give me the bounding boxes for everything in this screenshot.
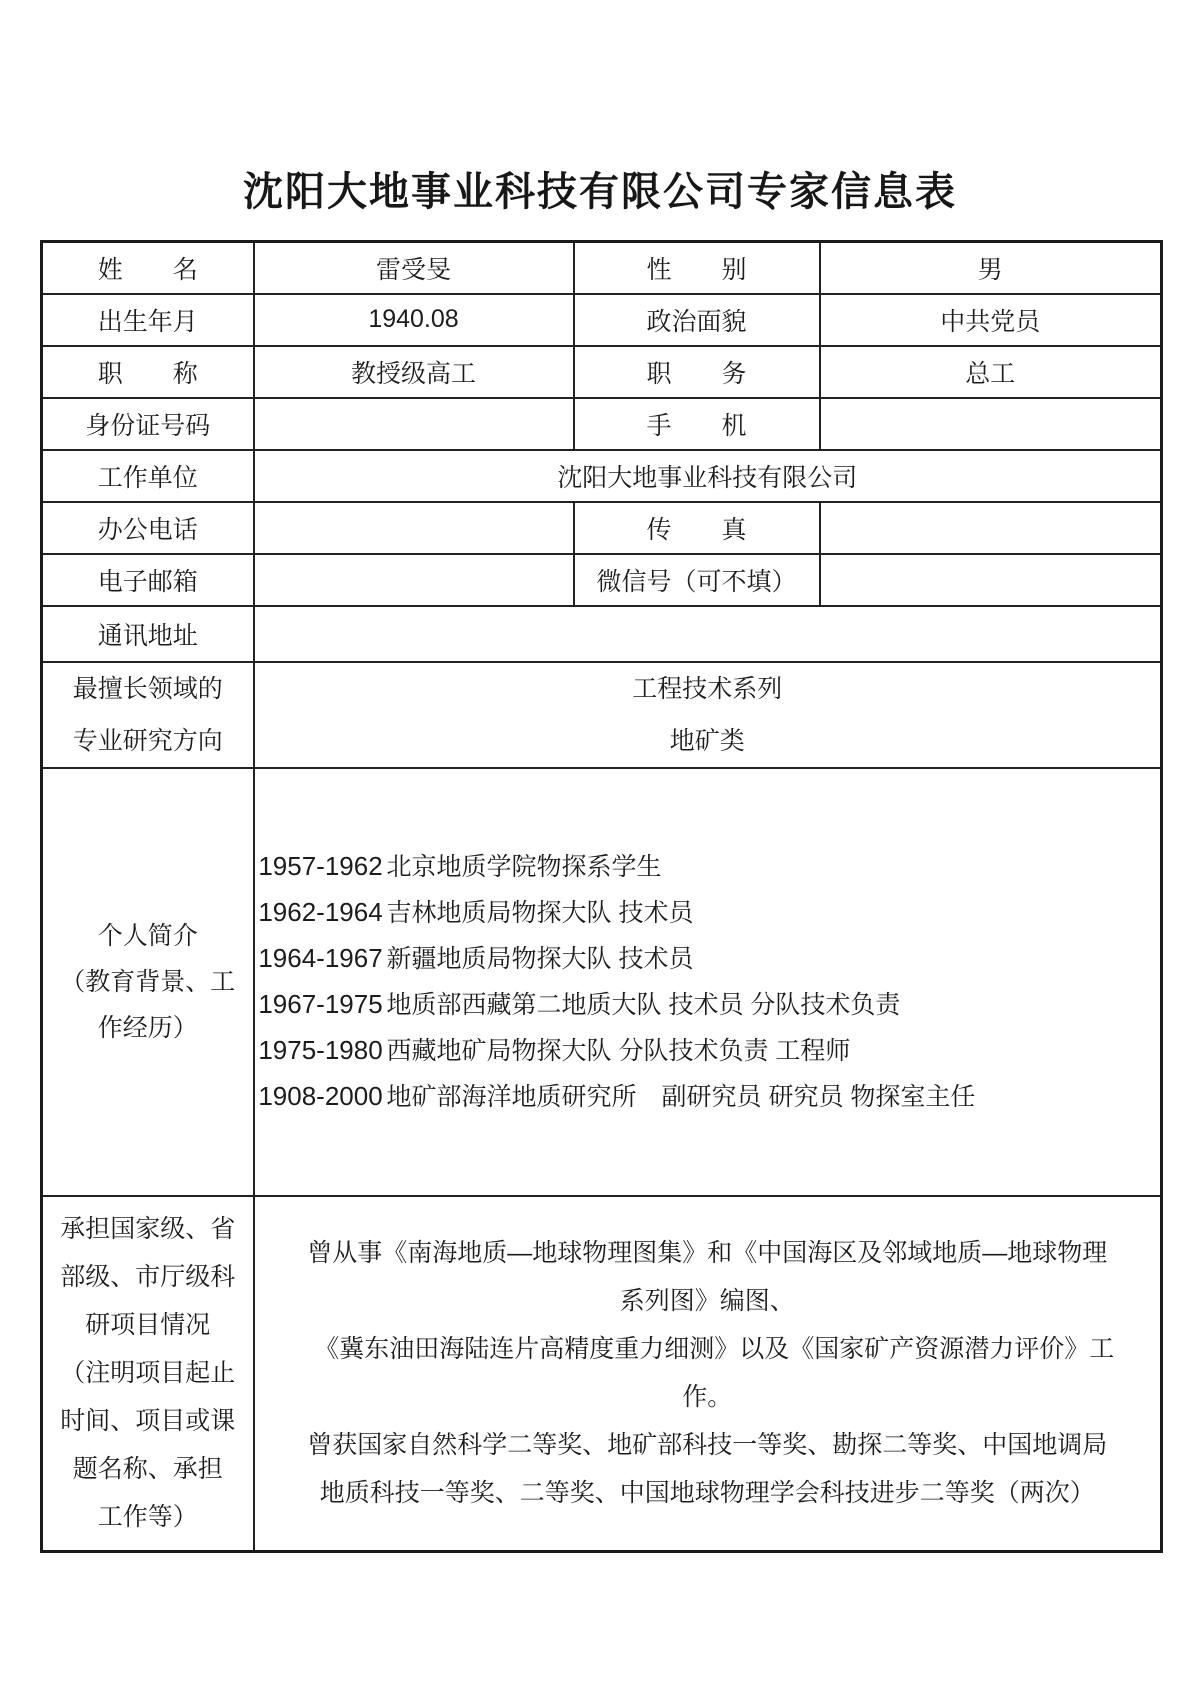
bio-content: 1957-1962 北京地质学院物探系学生 1962-1964 吉林地质局物探大… [254,768,1162,1196]
table-row-projects: 承担国家级、省 部级、市厅级科 研项目情况 （注明项目起止 时间、项目或课 题名… [42,1196,1162,1552]
research-value-line2: 地矿类 [255,715,1161,767]
table-row-email-wechat: 电子邮箱 微信号（可不填） [42,554,1162,606]
mobile-value-cell [820,398,1162,450]
wechat-label: 微信号（可不填） [574,554,820,606]
bio-entry: 1908-2000 地矿部海洋地质研究所 副研究员 研究员 物探室主任 [255,1074,1161,1120]
bio-entry: 1975-1980 西藏地矿局物探大队 分队技术负责 工程师 [255,1028,1161,1074]
bio-entry-period: 1962-1964 [255,890,387,935]
table-row-phone-fax: 办公电话 传 真 [42,502,1162,554]
political-label: 政治面貌 [574,294,820,346]
table-row-address: 通讯地址 [42,606,1162,662]
table-row-birth-political: 出生年月 1940.08 政治面貌 中共党员 [42,294,1162,346]
table-row-bio: 个人简介 （教育背景、工 作经历） 1957-1962 北京地质学院物探系学生 … [42,768,1162,1196]
expert-info-table: 姓 名 雷受旻 性 别 男 出生年月 1940.08 政治面貌 中共党员 职 称… [40,240,1163,1553]
gender-label: 性 别 [574,242,820,294]
name-value: 雷受旻 [254,242,574,294]
projects-label-line: 时间、项目或课 [43,1397,253,1445]
projects-content-line: 地质科技一等奖、二等奖、中国地球物理学会科技进步二等奖（两次） [255,1469,1161,1517]
office-phone-value-cell [254,502,574,554]
bio-entry-period: 1957-1962 [255,844,387,889]
bio-entry-period: 1908-2000 [255,1074,387,1119]
bio-label-line1: 个人简介 [43,913,253,959]
birth-value: 1940.08 [254,294,574,346]
page-title: 沈阳大地事业科技有限公司专家信息表 [0,160,1200,217]
bio-entry: 1964-1967 新疆地质局物探大队 技术员 [255,936,1161,982]
political-value: 中共党员 [820,294,1162,346]
projects-content-line: 系列图》编图、 [255,1277,1161,1325]
projects-content-line: 作。 [255,1373,1161,1421]
bio-entry-desc: 新疆地质局物探大队 技术员 [387,937,694,982]
bio-label-line2: （教育背景、工 [43,959,253,1005]
fax-label: 传 真 [574,502,820,554]
bio-entry-period: 1967-1975 [255,982,387,1027]
address-label: 通讯地址 [42,606,254,662]
research-label-line2: 专业研究方向 [43,715,253,767]
bio-entry-desc: 吉林地质局物探大队 技术员 [387,891,694,936]
id-number-value-cell [254,398,574,450]
projects-label-line: （注明项目起止 [43,1349,253,1397]
projects-content: 曾从事《南海地质—地球物理图集》和《中国海区及邻域地质—地球物理 系列图》编图、… [254,1196,1162,1552]
research-label-line1: 最擅长领域的 [43,663,253,715]
mobile-label: 手 机 [574,398,820,450]
bio-entry-desc: 地矿部海洋地质研究所 副研究员 研究员 物探室主任 [387,1075,976,1120]
prof-title-label: 职 称 [42,346,254,398]
research-direction-label: 最擅长领域的 专业研究方向 [42,662,254,768]
projects-label-line: 题名称、承担 [43,1445,253,1493]
research-value-line1: 工程技术系列 [255,663,1161,715]
employer-label: 工作单位 [42,450,254,502]
wechat-value-cell [820,554,1162,606]
fax-value-cell [820,502,1162,554]
id-number-label: 身份证号码 [42,398,254,450]
projects-content-line: 曾从事《南海地质—地球物理图集》和《中国海区及邻域地质—地球物理 [255,1229,1161,1277]
table-row-title-position: 职 称 教授级高工 职 务 总工 [42,346,1162,398]
projects-label-line: 部级、市厅级科 [43,1253,253,1301]
table-row-research-direction: 最擅长领域的 专业研究方向 工程技术系列 地矿类 [42,662,1162,768]
table-row-employer: 工作单位 沈阳大地事业科技有限公司 [42,450,1162,502]
projects-label-line: 研项目情况 [43,1301,253,1349]
projects-label-line: 工作等） [43,1493,253,1541]
bio-entry-period: 1975-1980 [255,1028,387,1073]
birth-label: 出生年月 [42,294,254,346]
bio-label: 个人简介 （教育背景、工 作经历） [42,768,254,1196]
name-label: 姓 名 [42,242,254,294]
gender-value: 男 [820,242,1162,294]
bio-entry-desc: 西藏地矿局物探大队 分队技术负责 工程师 [387,1029,851,1074]
email-label: 电子邮箱 [42,554,254,606]
position-label: 职 务 [574,346,820,398]
bio-entry-desc: 北京地质学院物探系学生 [387,845,662,890]
projects-label: 承担国家级、省 部级、市厅级科 研项目情况 （注明项目起止 时间、项目或课 题名… [42,1196,254,1552]
table-row-id-mobile: 身份证号码 手 机 [42,398,1162,450]
bio-label-line3: 作经历） [43,1005,253,1051]
table-row-name-gender: 姓 名 雷受旻 性 别 男 [42,242,1162,294]
office-phone-label: 办公电话 [42,502,254,554]
research-direction-value: 工程技术系列 地矿类 [254,662,1162,768]
projects-content-line: 《冀东油田海陆连片高精度重力细测》以及《国家矿产资源潜力评价》工 [255,1325,1161,1373]
prof-title-value: 教授级高工 [254,346,574,398]
employer-value: 沈阳大地事业科技有限公司 [254,450,1162,502]
projects-content-line: 曾获国家自然科学二等奖、地矿部科技一等奖、勘探二等奖、中国地调局 [255,1421,1161,1469]
bio-entry-period: 1964-1967 [255,936,387,981]
position-value: 总工 [820,346,1162,398]
address-value-cell [254,606,1162,662]
projects-label-line: 承担国家级、省 [43,1205,253,1253]
bio-entry: 1957-1962 北京地质学院物探系学生 [255,844,1161,890]
document-page: 沈阳大地事业科技有限公司专家信息表 姓 名 雷受旻 性 别 男 出生年月 194… [0,0,1200,1697]
bio-entry: 1962-1964 吉林地质局物探大队 技术员 [255,890,1161,936]
bio-entry-desc: 地质部西藏第二地质大队 技术员 分队技术负责 [387,983,901,1028]
email-value-cell [254,554,574,606]
bio-entry: 1967-1975 地质部西藏第二地质大队 技术员 分队技术负责 [255,982,1161,1028]
